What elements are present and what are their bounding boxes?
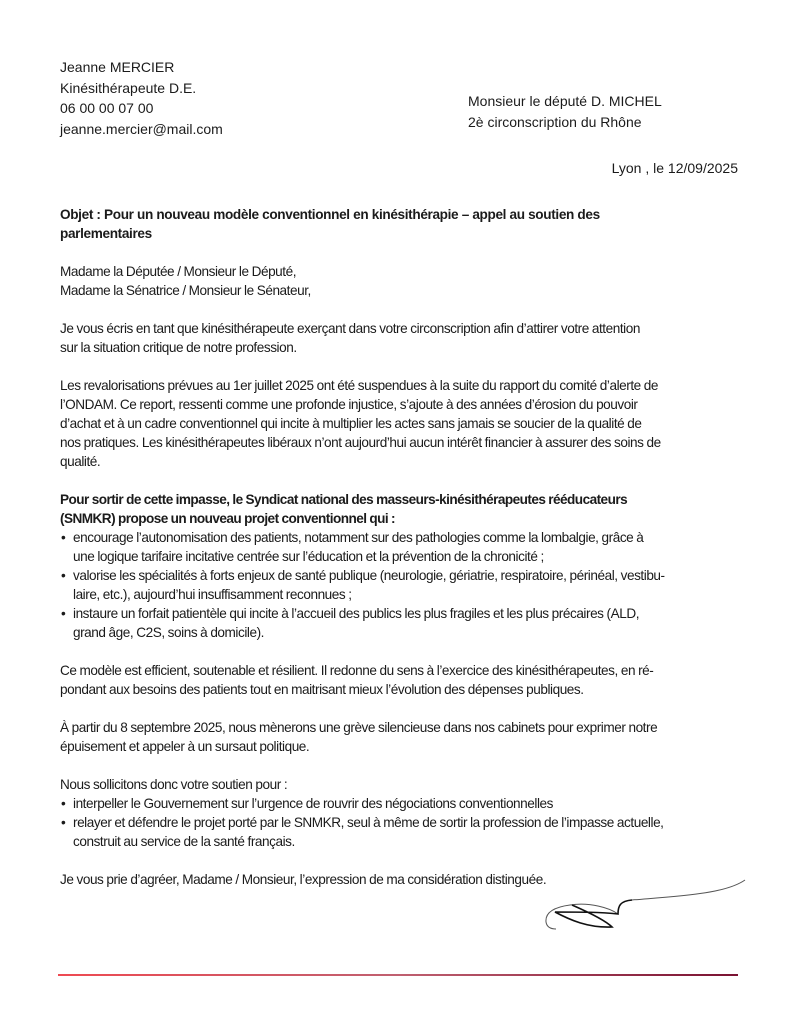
text-line: qualité. (60, 452, 745, 471)
recipient-block: Monsieur le député D. MICHEL 2è circonsc… (468, 91, 662, 132)
proposal-list: • encourage l’autonomisation des patient… (60, 528, 745, 642)
text-line: nos pratiques. Les kinésithérapeutes lib… (60, 433, 745, 452)
bullet-icon: • (61, 566, 65, 585)
paragraph-model: Ce modèle est efficient, soutenable et r… (60, 661, 745, 699)
sender-block: Jeanne MERCIER Kinésithérapeute D.E. 06 … (60, 57, 223, 139)
subject-line: Objet : Pour un nouveau modèle conventio… (60, 205, 745, 243)
text-line: valorise les spécialités à forts enjeux … (73, 566, 745, 585)
support-list: • interpeller le Gouvernement sur l’urge… (60, 794, 745, 851)
bullet-icon: • (61, 794, 65, 813)
text-line: sur la situation critique de notre profe… (60, 338, 745, 357)
text-line: (SNMKR) propose un nouveau projet conven… (60, 509, 745, 528)
letter-page: Jeanne MERCIER Kinésithérapeute D.E. 06 … (0, 0, 796, 1024)
text-line: À partir du 8 septembre 2025, nous mèner… (60, 718, 745, 737)
sender-phone: 06 00 00 07 00 (60, 98, 223, 119)
text-line: instaure un forfait patientèle qui incit… (73, 604, 745, 623)
letter-body: Objet : Pour un nouveau modèle conventio… (60, 205, 745, 908)
text-line: épuisement et appeler à un sursaut polit… (60, 737, 745, 756)
paragraph-context: Les revalorisations prévues au 1er juill… (60, 376, 745, 471)
list-item: • instaure un forfait patientèle qui inc… (60, 604, 745, 642)
text-line: interpeller le Gouvernement sur l’urgenc… (73, 794, 745, 813)
text-line: Pour sortir de cette impasse, le Syndica… (60, 490, 745, 509)
text-line: encourage l’autonomisation des patients,… (73, 528, 745, 547)
list-item: • valorise les spécialités à forts enjeu… (60, 566, 745, 604)
salutation-line: Madame la Députée / Monsieur le Député, (60, 262, 745, 281)
text-line: une logique tarifaire incitative centrée… (73, 547, 745, 566)
recipient-district: 2è circonscription du Rhône (468, 112, 662, 133)
text-line: relayer et défendre le projet porté par … (73, 813, 745, 832)
sender-email: jeanne.mercier@mail.com (60, 119, 223, 140)
salutation-line: Madame la Sénatrice / Monsieur le Sénate… (60, 281, 745, 300)
sender-title: Kinésithérapeute D.E. (60, 78, 223, 99)
signature-image (540, 872, 750, 932)
proposal-intro: Pour sortir de cette impasse, le Syndica… (60, 490, 745, 528)
signature-stroke (555, 900, 632, 927)
subject-line-1: Objet : Pour un nouveau modèle conventio… (60, 205, 745, 224)
bullet-icon: • (61, 813, 65, 832)
text-line: d’achat et à un cadre conventionnel qui … (60, 414, 745, 433)
salutation: Madame la Députée / Monsieur le Député, … (60, 262, 745, 300)
footer-divider (58, 974, 738, 976)
paragraph-strike: À partir du 8 septembre 2025, nous mèner… (60, 718, 745, 756)
support-intro: Nous sollicitons donc votre soutien pour… (60, 775, 745, 794)
text-line: Je vous écris en tant que kinésithérapeu… (60, 319, 745, 338)
text-line: pondant aux besoins des patients tout en… (60, 680, 745, 699)
subject-line-2: parlementaires (60, 224, 745, 243)
list-item: • interpeller le Gouvernement sur l’urge… (60, 794, 745, 813)
sender-name: Jeanne MERCIER (60, 57, 223, 78)
paragraph-intro: Je vous écris en tant que kinésithérapeu… (60, 319, 745, 357)
list-item: • relayer et défendre le projet porté pa… (60, 813, 745, 851)
bullet-icon: • (61, 528, 65, 547)
text-line: laire, etc.), aujourd’hui insuffisamment… (73, 585, 745, 604)
text-line: grand âge, C2S, soins à domicile). (73, 623, 745, 642)
text-line: l’ONDAM. Ce report, ressenti comme une p… (60, 395, 745, 414)
recipient-name: Monsieur le député D. MICHEL (468, 91, 662, 112)
list-item: • encourage l’autonomisation des patient… (60, 528, 745, 566)
text-line: Les revalorisations prévues au 1er juill… (60, 376, 745, 395)
date-line: Lyon , le 12/09/2025 (612, 158, 738, 178)
bullet-icon: • (61, 604, 65, 623)
text-line: construit au service de la santé françai… (73, 832, 745, 851)
text-line: Ce modèle est efficient, soutenable et r… (60, 661, 745, 680)
